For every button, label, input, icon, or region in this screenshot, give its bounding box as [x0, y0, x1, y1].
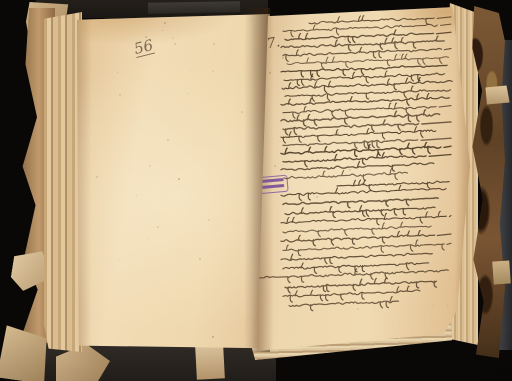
paper-speck — [102, 22, 103, 23]
left-page-edge-stack — [44, 12, 82, 352]
handwriting-line — [289, 296, 398, 310]
paper-speck — [96, 176, 98, 178]
paper-speck — [199, 258, 201, 260]
left-page-number: 56 — [132, 36, 155, 58]
paper-speck — [118, 260, 119, 261]
parchment-tab-upper — [484, 84, 510, 105]
handwriting-line — [283, 24, 451, 37]
paper-speck — [167, 139, 169, 141]
handwriting-line — [287, 54, 449, 68]
book-cover-top-highlight — [148, 1, 240, 14]
paper-speck — [174, 43, 176, 45]
paper-speck — [162, 30, 163, 31]
manuscript-photo: 56 48 57. — [0, 0, 512, 381]
paper-speck — [164, 22, 166, 24]
handwriting-line — [281, 253, 432, 263]
paper-speck — [190, 70, 191, 71]
paper-speck — [148, 238, 149, 239]
paper-speck — [172, 37, 174, 39]
paper-speck — [119, 94, 121, 96]
paper-speck — [137, 222, 138, 223]
paper-speck — [241, 111, 243, 113]
paper-speck — [157, 226, 159, 228]
paper-speck — [188, 93, 189, 94]
handwriting-line — [258, 269, 448, 283]
handwriting-line — [284, 169, 408, 181]
left-page: 56 — [74, 11, 270, 349]
binding-fragment-bottom — [195, 344, 225, 379]
paper-speck — [212, 70, 214, 72]
handwriting-line — [283, 286, 420, 302]
handwriting-line — [283, 222, 431, 236]
handwriting-line — [283, 263, 429, 274]
right-page: 48 57. — [254, 5, 470, 353]
handwriting-line — [281, 110, 440, 126]
paper-speck — [213, 43, 215, 45]
paper-speck — [149, 165, 151, 167]
handwriting-line — [285, 206, 435, 218]
paper-speck — [212, 336, 214, 338]
handwriting-line — [309, 16, 451, 25]
manuscript-handwriting — [254, 5, 470, 353]
paper-speck — [178, 178, 180, 180]
paper-speck — [136, 195, 137, 196]
handwriting-line — [281, 231, 451, 246]
parchment-tab-lower — [492, 260, 511, 284]
handwriting-line — [282, 78, 452, 93]
paper-speck — [117, 72, 118, 73]
handwriting-line — [281, 162, 434, 172]
paper-speck — [208, 219, 210, 221]
